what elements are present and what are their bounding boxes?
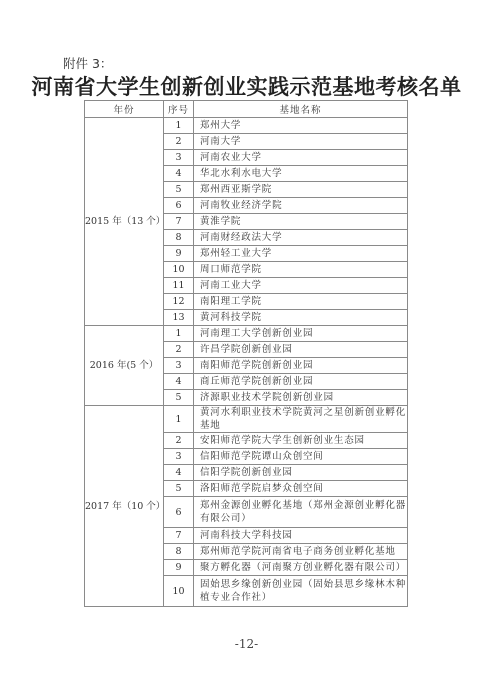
header-name: 基地名称 xyxy=(194,101,408,118)
attachment-label: 附件 3： xyxy=(63,54,112,72)
name-cell: 河南牧业经济学院 xyxy=(194,198,408,214)
name-cell: 华北水利水电大学 xyxy=(194,166,408,182)
index-cell: 3 xyxy=(164,449,194,465)
name-cell: 周口师范学院 xyxy=(194,262,408,278)
index-cell: 8 xyxy=(164,230,194,246)
header-year: 年份 xyxy=(85,101,164,118)
name-cell: 固始思乡缘创新创业园（固始县思乡缘林木种植专业合作社） xyxy=(194,576,408,607)
index-cell: 7 xyxy=(164,528,194,544)
index-cell: 7 xyxy=(164,214,194,230)
index-cell: 4 xyxy=(164,166,194,182)
assessment-table: 年份 序号 基地名称 2015 年（13 个） 1 郑州大学 2河南大学 3河南… xyxy=(84,100,408,607)
name-cell: 安阳师范学院大学生创新创业生态园 xyxy=(194,433,408,449)
index-cell: 12 xyxy=(164,294,194,310)
index-cell: 2 xyxy=(164,134,194,150)
index-cell: 6 xyxy=(164,497,194,528)
header-index: 序号 xyxy=(164,101,194,118)
name-cell: 信阳学院创新创业园 xyxy=(194,465,408,481)
name-cell: 信阳师范学院谭山众创空间 xyxy=(194,449,408,465)
index-cell: 1 xyxy=(164,118,194,134)
index-cell: 1 xyxy=(164,326,194,342)
index-cell: 13 xyxy=(164,310,194,326)
table-row: 2015 年（13 个） 1 郑州大学 xyxy=(85,118,408,134)
name-cell: 聚方孵化器（河南聚方创业孵化器有限公司） xyxy=(194,560,408,576)
name-cell: 郑州西亚斯学院 xyxy=(194,182,408,198)
year-cell-2015: 2015 年（13 个） xyxy=(85,118,164,326)
name-cell: 商丘师范学院创新创业园 xyxy=(194,374,408,390)
name-cell: 黄河水利职业技术学院黄河之星创新创业孵化基地 xyxy=(194,406,408,433)
table-row: 2017 年（10 个） 1 黄河水利职业技术学院黄河之星创新创业孵化基地 xyxy=(85,406,408,433)
index-cell: 5 xyxy=(164,481,194,497)
table-header-row: 年份 序号 基地名称 xyxy=(85,101,408,118)
name-cell: 郑州轻工业大学 xyxy=(194,246,408,262)
table-row: 2016 年(5 个） 1 河南理工大学创新创业园 xyxy=(85,326,408,342)
index-cell: 5 xyxy=(164,182,194,198)
index-cell: 6 xyxy=(164,198,194,214)
name-cell: 河南工业大学 xyxy=(194,278,408,294)
index-cell: 2 xyxy=(164,342,194,358)
document-title: 河南省大学生创新创业实践示范基地考核名单 xyxy=(0,71,493,101)
name-cell: 郑州师范学院河南省电子商务创业孵化基地 xyxy=(194,544,408,560)
name-cell: 河南农业大学 xyxy=(194,150,408,166)
index-cell: 3 xyxy=(164,150,194,166)
name-cell: 南阳师范学院创新创业园 xyxy=(194,358,408,374)
index-cell: 3 xyxy=(164,358,194,374)
index-cell: 2 xyxy=(164,433,194,449)
name-cell: 河南财经政法大学 xyxy=(194,230,408,246)
name-cell: 黄淮学院 xyxy=(194,214,408,230)
name-cell: 南阳理工学院 xyxy=(194,294,408,310)
index-cell: 5 xyxy=(164,390,194,406)
index-cell: 1 xyxy=(164,406,194,433)
name-cell: 济源职业技术学院创新创业园 xyxy=(194,390,408,406)
index-cell: 4 xyxy=(164,465,194,481)
index-cell: 4 xyxy=(164,374,194,390)
name-cell: 河南科技大学科技园 xyxy=(194,528,408,544)
name-cell: 许昌学院创新创业园 xyxy=(194,342,408,358)
name-cell: 郑州金源创业孵化基地（郑州金源创业孵化器有限公司） xyxy=(194,497,408,528)
name-cell: 黄河科技学院 xyxy=(194,310,408,326)
name-cell: 洛阳师范学院启梦众创空间 xyxy=(194,481,408,497)
index-cell: 8 xyxy=(164,544,194,560)
year-cell-2017: 2017 年（10 个） xyxy=(85,406,164,607)
index-cell: 11 xyxy=(164,278,194,294)
name-cell: 河南大学 xyxy=(194,134,408,150)
year-cell-2016: 2016 年(5 个） xyxy=(85,326,164,406)
name-cell: 河南理工大学创新创业园 xyxy=(194,326,408,342)
index-cell: 10 xyxy=(164,576,194,607)
name-cell: 郑州大学 xyxy=(194,118,408,134)
index-cell: 9 xyxy=(164,246,194,262)
index-cell: 10 xyxy=(164,262,194,278)
page-number: -12- xyxy=(0,637,493,651)
index-cell: 9 xyxy=(164,560,194,576)
